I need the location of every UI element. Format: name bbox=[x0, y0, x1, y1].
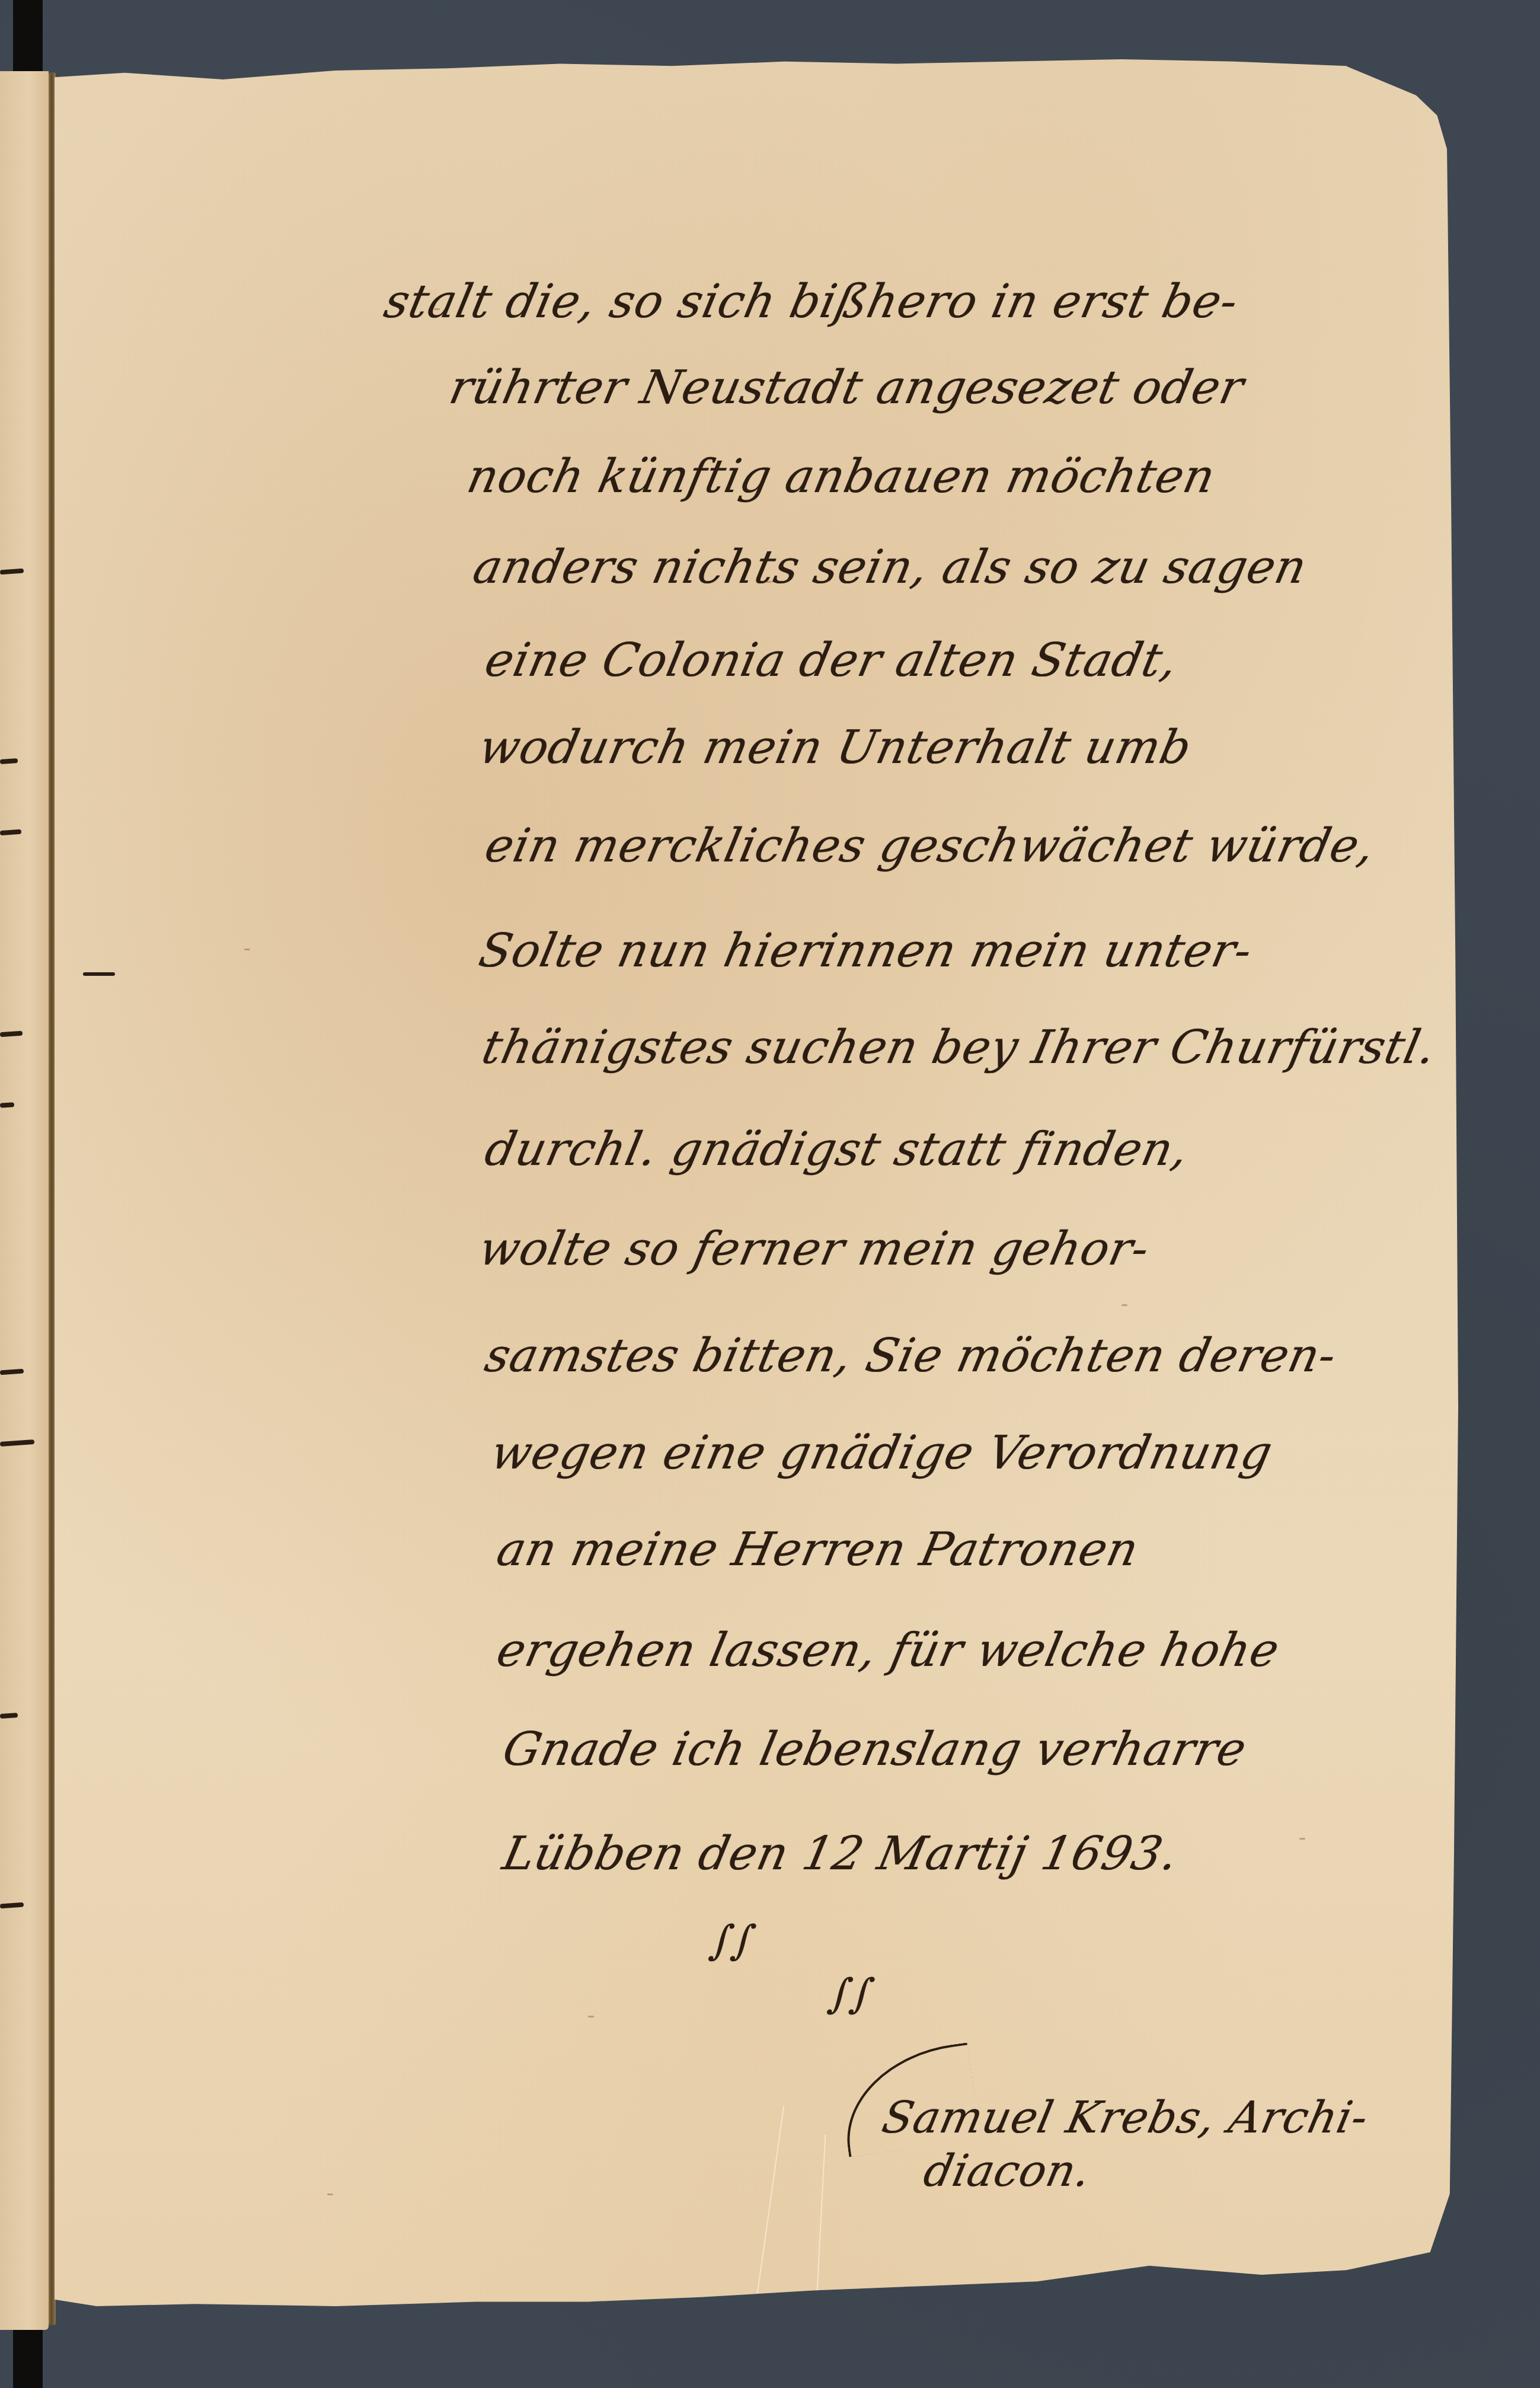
text-line-9: thänigstes suchen bey Ihrer Churfürstl. bbox=[478, 1024, 1440, 1071]
text-line-16: Gnade ich lebenslang verharre bbox=[499, 1726, 1251, 1773]
text-line-4: anders nichts sein, als so zu sagen bbox=[469, 544, 1311, 590]
text-line-7: ein merckliches geschwächet würde, bbox=[481, 823, 1379, 869]
signature-title: diacon. bbox=[920, 2149, 1095, 2193]
date-line: Lübben den 12 Martij 1693. bbox=[499, 1831, 1183, 1877]
text-line-11: wolte so ferner mein gehor- bbox=[475, 1226, 1154, 1272]
text-line-13: wegen eine gnädige Verordnung bbox=[487, 1430, 1277, 1476]
text-line-5: eine Colonia der alten Stadt, bbox=[481, 637, 1182, 684]
closing-mark-1: ∫∫ bbox=[707, 1921, 759, 1961]
text-line-3: noch künftig anbauen möchten bbox=[464, 454, 1219, 500]
margin-dash-mark bbox=[83, 972, 115, 976]
text-line-8: Solte nun hierinnen mein unter- bbox=[475, 928, 1257, 974]
signature-name: Samuel Krebs, Archi- bbox=[878, 2096, 1372, 2140]
text-line-6: wodurch mein Unterhalt umb bbox=[475, 724, 1196, 771]
text-line-1: stalt die, so sich bißhero in erst be- bbox=[381, 279, 1242, 325]
text-line-14: an meine Herren Patronen bbox=[493, 1527, 1143, 1573]
text-line-2: rührter Neustadt angesezet oder bbox=[446, 365, 1248, 411]
text-line-15: ergehen lassen, für welche hohe bbox=[493, 1627, 1284, 1674]
closing-mark-2: ∫∫ bbox=[826, 1974, 877, 2015]
text-line-10: durchl. gnädigst statt finden, bbox=[481, 1126, 1193, 1173]
text-line-12: samstes bitten, Sie möchten deren- bbox=[481, 1333, 1341, 1379]
manuscript-text: stalt die, so sich bißhero in erst be- r… bbox=[0, 0, 1540, 2388]
